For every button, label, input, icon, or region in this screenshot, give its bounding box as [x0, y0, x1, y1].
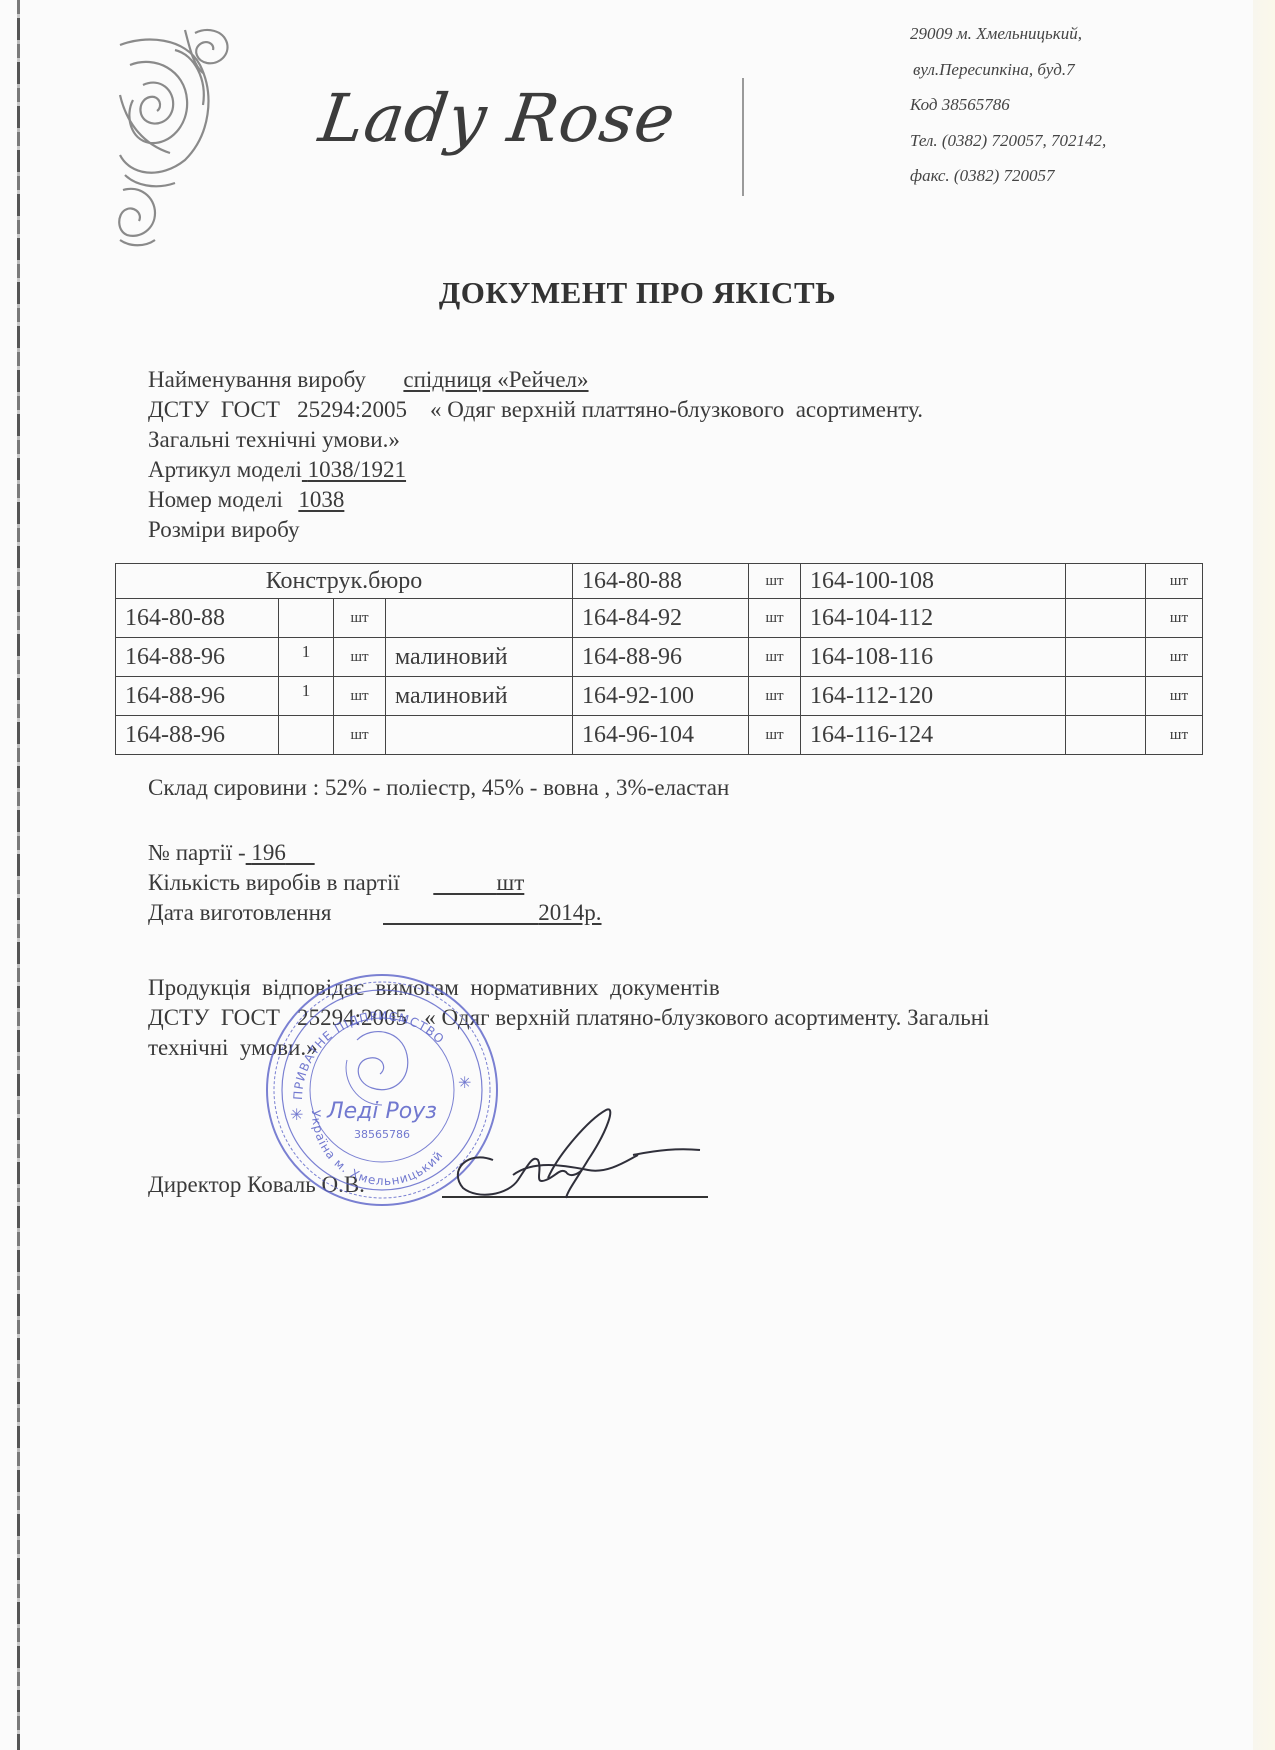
brand-logo: Lady Rose — [315, 80, 656, 157]
right-unit-cell: шт — [1146, 599, 1203, 638]
composition: Склад сировини : 52% - поліестр, 45% - в… — [148, 773, 729, 803]
right-size-cell: 164-100-108 — [801, 564, 1066, 599]
batch-quantity-label: Кількість виробів в партії — [148, 870, 400, 895]
batch-number-label: № партії - — [148, 840, 246, 865]
right-size-cell: 164-104-112 — [801, 599, 1066, 638]
right-qty-cell — [1066, 677, 1146, 716]
svg-text:✳: ✳ — [458, 1073, 471, 1092]
manufacture-date-value: 2014р. — [383, 900, 602, 925]
left-qty-cell: 1 — [279, 677, 334, 716]
rose-ornament-icon — [115, 25, 250, 250]
right-qty-cell — [1066, 599, 1146, 638]
mid-size-cell: 164-92-100 — [573, 677, 749, 716]
mid-size-cell: 164-84-92 — [573, 599, 749, 638]
left-unit-cell: шт — [334, 638, 386, 677]
contact-fax: факс. (0382) 720057 — [910, 158, 1106, 194]
left-qty-cell: 1 — [279, 638, 334, 677]
right-qty-cell — [1066, 564, 1146, 599]
product-name-line: Найменування виробу спідниця «Рейчел» — [148, 365, 923, 395]
contact-phone: Тел. (0382) 720057, 702142, — [910, 123, 1106, 159]
company-contacts: 29009 м. Хмельницький, вул.Пересипкіна, … — [910, 16, 1106, 194]
director-signature — [438, 1100, 708, 1210]
right-qty-cell — [1066, 638, 1146, 677]
product-name-value: спідниця «Рейчел» — [403, 367, 588, 392]
model-line: Номер моделі 1038 — [148, 485, 923, 515]
batch-quantity-line: Кількість виробів в партії шт — [148, 868, 602, 898]
left-unit-cell: шт — [334, 716, 386, 755]
left-color-cell — [386, 599, 573, 638]
left-size-cell: 164-88-96 — [116, 677, 279, 716]
left-unit-cell: шт — [334, 677, 386, 716]
left-qty-cell — [279, 716, 334, 755]
batch-quantity-value: шт — [433, 870, 524, 895]
product-name-label: Найменування виробу — [148, 367, 366, 392]
header-divider — [742, 78, 744, 196]
right-unit-cell: шт — [1146, 564, 1203, 599]
left-size-cell: 164-80-88 — [116, 599, 279, 638]
mid-size-cell: 164-88-96 — [573, 638, 749, 677]
svg-text:38565786: 38565786 — [354, 1128, 410, 1141]
mid-unit-cell: шт — [749, 638, 801, 677]
sizes-label: Розміри виробу — [148, 515, 923, 545]
mid-unit-cell: шт — [749, 677, 801, 716]
mid-size-cell: 164-96-104 — [573, 716, 749, 755]
model-value: 1038 — [298, 487, 344, 512]
table-row: 164-88-961штмалиновий164-92-100шт164-112… — [116, 677, 1203, 716]
right-unit-cell: шт — [1146, 638, 1203, 677]
svg-text:Леді Роуз: Леді Роуз — [326, 1099, 437, 1124]
manufacture-date-line: Дата виготовлення 2014р. — [148, 898, 602, 928]
article-label: Артикул моделі — [148, 457, 302, 482]
model-label: Номер моделі — [148, 487, 283, 512]
right-size-cell: 164-116-124 — [801, 716, 1066, 755]
left-size-cell: 164-88-96 — [116, 638, 279, 677]
table-row: Конструк.бюро164-80-88шт164-100-108шт — [116, 564, 1203, 599]
right-size-cell: 164-108-116 — [801, 638, 1066, 677]
svg-text:✳: ✳ — [290, 1105, 303, 1124]
sizes-table: Конструк.бюро164-80-88шт164-100-108шт164… — [115, 563, 1203, 755]
batch-info: № партії - 196 Кількість виробів в парті… — [148, 838, 602, 928]
article-value: 1038/1921 — [302, 457, 406, 482]
design-bureau-header: Конструк.бюро — [116, 564, 573, 599]
standard-line-2: Загальні технічні умови.» — [148, 425, 923, 455]
right-unit-cell: шт — [1146, 677, 1203, 716]
batch-number-line: № партії - 196 — [148, 838, 602, 868]
right-qty-cell — [1066, 716, 1146, 755]
left-color-cell — [386, 716, 573, 755]
contact-street: вул.Пересипкіна, буд.7 — [910, 52, 1106, 88]
mid-unit-cell: шт — [749, 564, 801, 599]
document-title: ДОКУМЕНТ ПРО ЯКІСТЬ — [0, 275, 1275, 311]
standard-line-1: ДСТУ ГОСТ 25294:2005 « Одяг верхній плат… — [148, 395, 923, 425]
left-color-cell: малиновий — [386, 677, 573, 716]
contact-code: Код 38565786 — [910, 87, 1106, 123]
contact-address: 29009 м. Хмельницький, — [910, 16, 1106, 52]
table-row: 164-80-88шт164-84-92шт164-104-112шт — [116, 599, 1203, 638]
mid-unit-cell: шт — [749, 716, 801, 755]
article-line: Артикул моделі 1038/1921 — [148, 455, 923, 485]
manufacture-date-label: Дата виготовлення — [148, 900, 332, 925]
right-unit-cell: шт — [1146, 716, 1203, 755]
left-size-cell: 164-88-96 — [116, 716, 279, 755]
table-row: 164-88-96шт164-96-104шт164-116-124шт — [116, 716, 1203, 755]
left-qty-cell — [279, 599, 334, 638]
left-unit-cell: шт — [334, 599, 386, 638]
table-row: 164-88-961штмалиновий164-88-96шт164-108-… — [116, 638, 1203, 677]
batch-number-value: 196 — [246, 840, 315, 865]
scan-edge-right — [1253, 0, 1275, 1750]
product-info: Найменування виробу спідниця «Рейчел» ДС… — [148, 365, 923, 545]
mid-size-cell: 164-80-88 — [573, 564, 749, 599]
scan-edge-left — [17, 0, 20, 1750]
right-size-cell: 164-112-120 — [801, 677, 1066, 716]
mid-unit-cell: шт — [749, 599, 801, 638]
left-color-cell: малиновий — [386, 638, 573, 677]
